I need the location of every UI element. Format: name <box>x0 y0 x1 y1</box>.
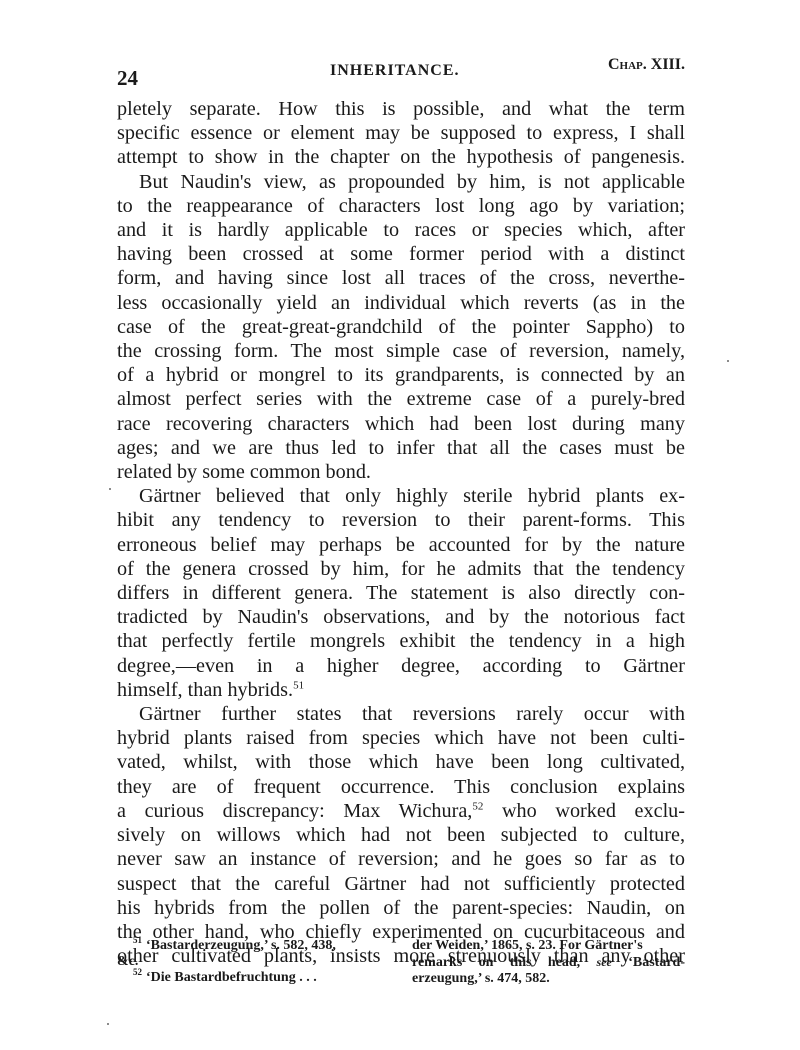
scan-speck <box>727 360 729 362</box>
footnote-ref-52[interactable]: 52 <box>472 800 483 812</box>
text-line: specific essence or element may be suppo… <box>117 121 685 145</box>
footnote-text: ‘Bastard- <box>628 955 685 970</box>
text-line: of a hybrid or mongrel to its grandparen… <box>117 363 685 387</box>
text-line: almost perfect series with the extreme c… <box>117 387 685 411</box>
footnote-text: remarks on this head, <box>412 955 580 970</box>
footnote-ref-51[interactable]: 51 <box>293 679 304 691</box>
text-line: vated, whilst, with those which have bee… <box>117 750 685 774</box>
text-line: they are of frequent occurrence. This co… <box>117 775 685 799</box>
footnote-text: ‘Die Bastardbefruchtung . . . <box>146 970 317 985</box>
text-line: having been crossed at some former perio… <box>117 242 685 266</box>
paragraph-gartner-belief: Gärtner believed that only highly steril… <box>117 484 685 702</box>
text-line: related by some common bond. <box>117 460 685 484</box>
text-line: pletely separate. How this is possible, … <box>117 97 685 121</box>
footnotes-left-column: 51‘Bastarderzeugung,’ s. 582, 438, &c. 5… <box>117 938 387 986</box>
page-number: 24 <box>117 66 138 91</box>
text-line: sively on willows which had not been sub… <box>117 823 685 847</box>
text-line: and it is hardly applicable to races or … <box>117 218 685 242</box>
body-text: pletely separate. How this is possible, … <box>117 97 685 968</box>
text-line: hibit any tendency to reversion to their… <box>117 508 685 532</box>
paragraph-continuation: pletely separate. How this is possible, … <box>117 97 685 170</box>
footnote-52: 52‘Die Bastardbefruchtung . . . <box>117 970 387 986</box>
text-line: hybrid plants raised from species which … <box>117 726 685 750</box>
paragraph-gartner-further: Gärtner further states that reversions r… <box>117 702 685 968</box>
text-line: to the reappearance of characters lost l… <box>117 194 685 218</box>
text-line: erroneous belief may perhaps be accounte… <box>117 533 685 557</box>
text-line: a curious discrepancy: Max Wichura,52 wh… <box>117 799 685 823</box>
chapter-label: Chap. XIII. <box>608 56 685 74</box>
text-line: suspect that the careful Gärtner had not… <box>117 872 685 896</box>
running-head: 24 INHERITANCE. Chap. XIII. <box>117 52 685 82</box>
text-line: Gärtner believed that only highly steril… <box>117 484 685 508</box>
footnote-52-continued: erzeugung,’ s. 474, 582. <box>412 971 685 987</box>
footnote-text: ‘Bastarderzeugung,’ s. 582, 438, <box>146 938 336 953</box>
text-line: But Naudin's view, as propounded by him,… <box>117 170 685 194</box>
text-line: Gärtner further states that reversions r… <box>117 702 685 726</box>
footnote-51-continued: &c. <box>117 954 387 970</box>
chapter-number: XIII. <box>651 56 685 73</box>
footnote-see: see <box>597 955 612 969</box>
footnotes-right-column: der Weiden,’ 1865, s. 23. For Gärtner's … <box>412 938 685 987</box>
text-line: ages; and we are thus led to infer that … <box>117 436 685 460</box>
footnote-52-continued: remarks on this head, see ‘Bastard- <box>412 954 685 971</box>
text-fragment: himself, than hybrids. <box>117 679 293 701</box>
footnote-number: 51 <box>133 935 142 945</box>
paragraph-naudin-view: But Naudin's view, as propounded by him,… <box>117 170 685 485</box>
text-line: himself, than hybrids.51 <box>117 678 685 702</box>
text-line: attempt to show in the chapter on the hy… <box>117 145 685 169</box>
text-line: form, and having since lost all traces o… <box>117 266 685 290</box>
text-line: that perfectly fertile mongrels exhibit … <box>117 629 685 653</box>
text-line: less occasionally yield an individual wh… <box>117 291 685 315</box>
text-line: his hybrids from the pollen of the paren… <box>117 896 685 920</box>
text-line: case of the great-great-grandchild of th… <box>117 315 685 339</box>
running-title: INHERITANCE. <box>330 62 460 80</box>
text-line: differs in different genera. The stateme… <box>117 581 685 605</box>
footnote-number: 52 <box>133 967 142 977</box>
text-line: tradicted by Naudin's observations, and … <box>117 605 685 629</box>
text-line: of the genera crossed by him, for he adm… <box>117 557 685 581</box>
footnote-51: 51‘Bastarderzeugung,’ s. 582, 438, <box>117 938 387 954</box>
footnote-52-continued: der Weiden,’ 1865, s. 23. For Gärtner's <box>412 938 685 954</box>
text-line: never saw an instance of reversion; and … <box>117 847 685 871</box>
text-line: degree,—even in a higher degree, accordi… <box>117 654 685 678</box>
text-fragment: a curious discrepancy: Max Wichura, <box>117 800 472 822</box>
chapter-prefix: Chap. <box>608 56 647 73</box>
text-line: race recovering characters which had bee… <box>117 412 685 436</box>
scan-speck <box>109 488 111 490</box>
scan-speck <box>107 1023 109 1025</box>
text-fragment: who worked exclu- <box>483 800 685 822</box>
text-line: the crossing form. The most simple case … <box>117 339 685 363</box>
